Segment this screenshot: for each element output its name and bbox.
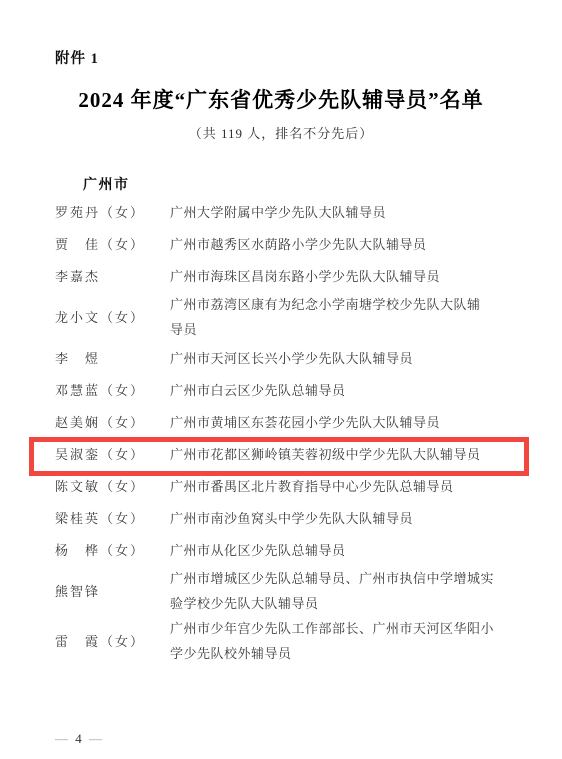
list-item: 李 煜 广州市天河区长兴小学少先队大队辅导员	[55, 342, 510, 374]
awardee-name: 吴淑銮（女）	[55, 442, 170, 467]
awardee-name: 李 煜	[55, 346, 170, 371]
awardee-position: 广州市黄埔区东荟花园小学少先队大队辅导员	[170, 410, 510, 435]
list-item: 梁桂英（女） 广州市南沙鱼窝头中学少先队大队辅导员	[55, 502, 510, 534]
list-item: 罗苑丹（女） 广州大学附属中学少先队大队辅导员	[55, 196, 510, 228]
section-heading-guangzhou: 广州市	[83, 174, 130, 194]
awardee-name: 梁桂英（女）	[55, 506, 170, 531]
awardee-name: 邓慧蓝（女）	[55, 378, 170, 403]
awardee-name: 陈文敏（女）	[55, 474, 170, 499]
awardee-position: 广州市增城区少先队总辅导员、广州市执信中学增城实 验学校少先队大队辅导员	[170, 566, 510, 616]
document-page: 附件 1 2024 年度“广东省优秀少先队辅导员”名单 （共 119 人，排名不…	[0, 0, 562, 759]
page-title: 2024 年度“广东省优秀少先队辅导员”名单	[0, 84, 562, 114]
list-item: 李嘉杰 广州市海珠区昌岗东路小学少先队大队辅导员	[55, 260, 510, 292]
list-item: 邓慧蓝（女） 广州市白云区少先队总辅导员	[55, 374, 510, 406]
list-item: 贾 佳（女） 广州市越秀区水荫路小学少先队大队辅导员	[55, 228, 510, 260]
page-number-dash: —	[89, 731, 104, 746]
awardee-name: 贾 佳（女）	[55, 232, 170, 257]
page-number-dash: —	[55, 731, 70, 746]
page-subtitle: （共 119 人，排名不分先后）	[0, 123, 562, 142]
awardee-position: 广州大学附属中学少先队大队辅导员	[170, 200, 510, 225]
awardee-name: 赵美娴（女）	[55, 410, 170, 435]
awardee-position: 广州市从化区少先队总辅导员	[170, 538, 510, 563]
awardee-position: 广州市天河区长兴小学少先队大队辅导员	[170, 346, 510, 371]
awardee-position: 广州市白云区少先队总辅导员	[170, 378, 510, 403]
awardee-position: 广州市荔湾区康有为纪念小学南塘学校少先队大队辅 导员	[170, 292, 510, 342]
awardee-name: 雷 霞（女）	[55, 629, 170, 654]
awardee-name: 熊智锋	[55, 579, 170, 604]
awardee-list: 罗苑丹（女） 广州大学附属中学少先队大队辅导员 贾 佳（女） 广州市越秀区水荫路…	[55, 196, 510, 666]
awardee-position: 广州市海珠区昌岗东路小学少先队大队辅导员	[170, 264, 510, 289]
list-item: 陈文敏（女） 广州市番禺区北片教育指导中心少先队总辅导员	[55, 470, 510, 502]
page-number-value: 4	[75, 731, 84, 746]
page-number: — 4 —	[55, 731, 104, 747]
list-item: 龙小文（女） 广州市荔湾区康有为纪念小学南塘学校少先队大队辅 导员	[55, 292, 510, 342]
list-item: 杨 桦（女） 广州市从化区少先队总辅导员	[55, 534, 510, 566]
awardee-position: 广州市番禺区北片教育指导中心少先队总辅导员	[170, 474, 510, 499]
awardee-position: 广州市越秀区水荫路小学少先队大队辅导员	[170, 232, 510, 257]
awardee-position: 广州市花都区狮岭镇芙蓉初级中学少先队大队辅导员	[170, 442, 510, 467]
attachment-label: 附件 1	[55, 47, 99, 68]
awardee-position: 广州市南沙鱼窝头中学少先队大队辅导员	[170, 506, 510, 531]
awardee-name: 罗苑丹（女）	[55, 200, 170, 225]
awardee-position: 广州市少年宫少先队工作部部长、广州市天河区华阳小 学少先队校外辅导员	[170, 616, 510, 666]
list-item: 雷 霞（女） 广州市少年宫少先队工作部部长、广州市天河区华阳小 学少先队校外辅导…	[55, 616, 510, 666]
awardee-name: 李嘉杰	[55, 264, 170, 289]
list-item: 熊智锋 广州市增城区少先队总辅导员、广州市执信中学增城实 验学校少先队大队辅导员	[55, 566, 510, 616]
list-item: 赵美娴（女） 广州市黄埔区东荟花园小学少先队大队辅导员	[55, 406, 510, 438]
awardee-name: 杨 桦（女）	[55, 538, 170, 563]
awardee-name: 龙小文（女）	[55, 305, 170, 330]
list-item-highlighted: 吴淑銮（女） 广州市花都区狮岭镇芙蓉初级中学少先队大队辅导员	[55, 438, 510, 470]
